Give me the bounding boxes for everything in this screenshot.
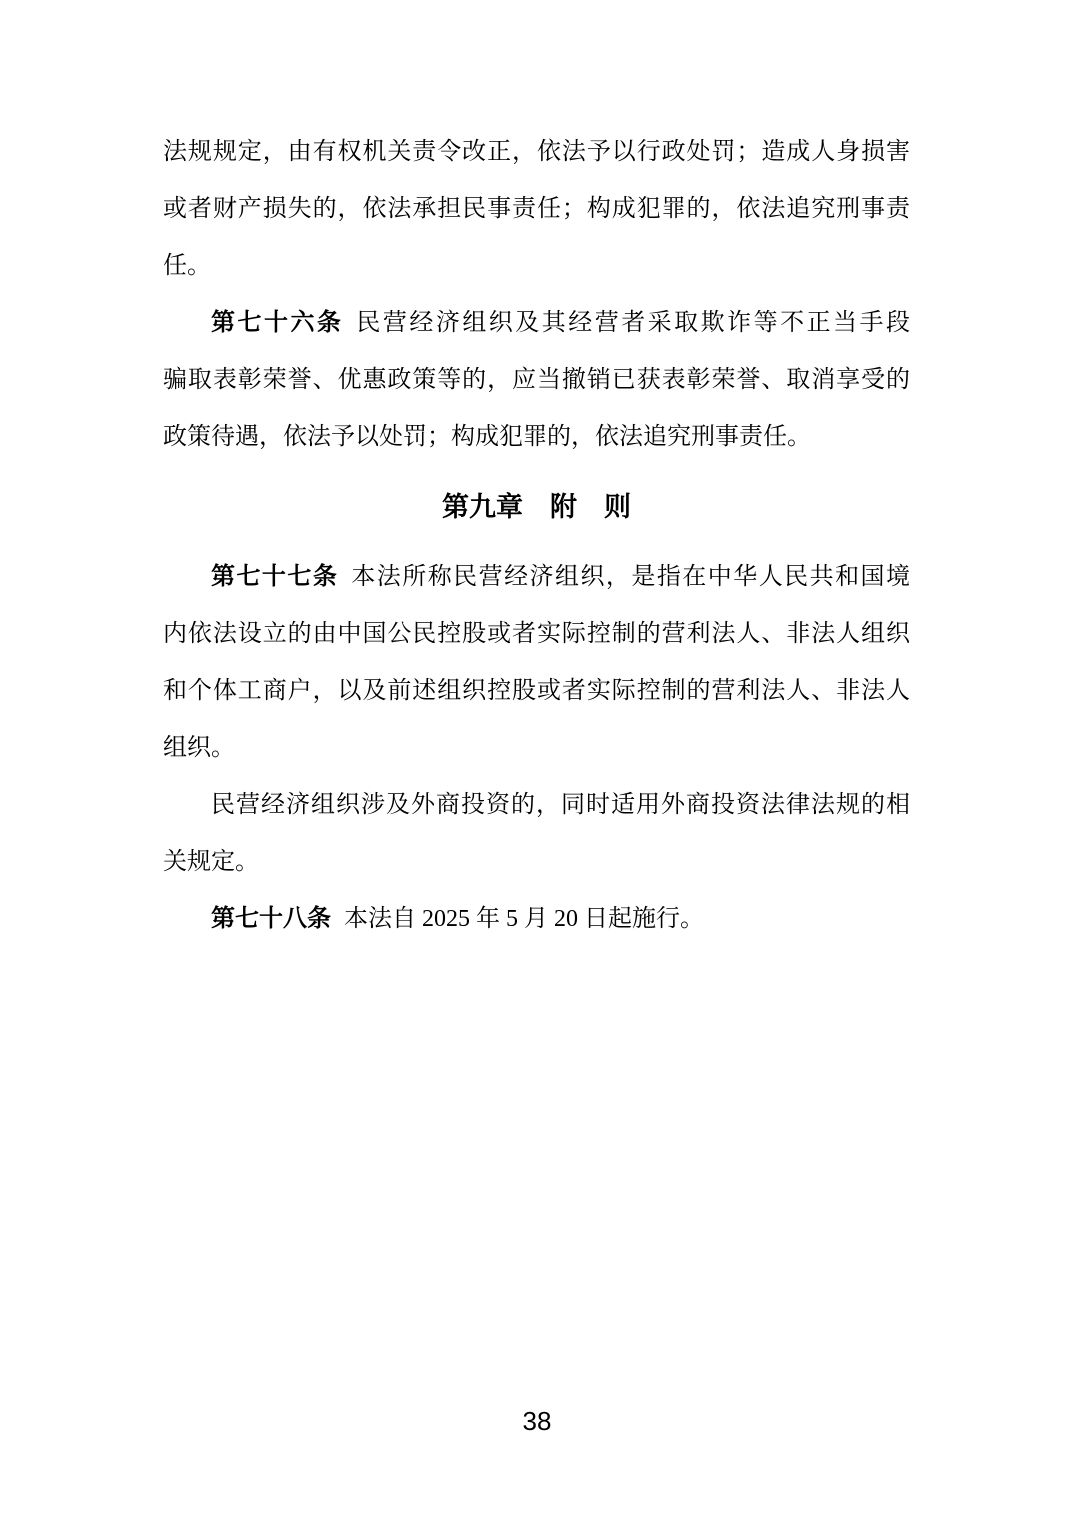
article-text: 本法所称民营经济组织，是指在中华人民共和国境 <box>351 564 910 590</box>
text-line: 第七十八条本法自 2025 年 5 月 20 日起施行。 <box>163 891 910 948</box>
text-line: 组织。 <box>163 720 910 777</box>
page-number: 38 <box>523 1406 552 1436</box>
paragraph-article-76: 第七十六条民营经济组织及其经营者采取欺诈等不正当手段 骗取表彰荣誉、优惠政策等的… <box>163 295 910 466</box>
text-line: 第七十六条民营经济组织及其经营者采取欺诈等不正当手段 <box>163 295 910 352</box>
article-text: 本法自 2025 年 5 月 20 日起施行。 <box>344 906 704 932</box>
text-line: 第七十七条本法所称民营经济组织，是指在中华人民共和国境 <box>163 549 910 606</box>
paragraph: 民营经济组织涉及外商投资的，同时适用外商投资法律法规的相 关规定。 <box>163 777 910 891</box>
document-page: 法规规定，由有权机关责令改正，依法予以行政处罚；造成人身损害 或者财产损失的，依… <box>0 0 1074 1520</box>
text-line: 民营经济组织涉及外商投资的，同时适用外商投资法律法规的相 <box>163 777 910 834</box>
text-line: 任。 <box>163 238 910 295</box>
text-line: 政策待遇，依法予以处罚；构成犯罪的，依法追究刑事责任。 <box>163 409 910 466</box>
article-text: 民营经济组织及其经营者采取欺诈等不正当手段 <box>356 310 910 336</box>
text-line: 法规规定，由有权机关责令改正，依法予以行政处罚；造成人身损害 <box>163 124 910 181</box>
article-number: 第七十六条 <box>211 310 343 336</box>
text-line: 骗取表彰荣誉、优惠政策等的，应当撤销已获表彰荣誉、取消享受的 <box>163 352 910 409</box>
article-number: 第七十七条 <box>211 564 338 590</box>
page-footer: 38 <box>0 1406 1074 1436</box>
paragraph-article-78: 第七十八条本法自 2025 年 5 月 20 日起施行。 <box>163 891 910 948</box>
article-number: 第七十八条 <box>211 906 331 932</box>
text-line: 关规定。 <box>163 834 910 891</box>
text-line: 内依法设立的由中国公民控股或者实际控制的营利法人、非法人组织 <box>163 606 910 663</box>
paragraph: 法规规定，由有权机关责令改正，依法予以行政处罚；造成人身损害 或者财产损失的，依… <box>163 124 910 295</box>
document-body: 法规规定，由有权机关责令改正，依法予以行政处罚；造成人身损害 或者财产损失的，依… <box>163 124 910 948</box>
text-line: 和个体工商户，以及前述组织控股或者实际控制的营利法人、非法人 <box>163 663 910 720</box>
chapter-heading: 第九章 附 则 <box>163 479 910 536</box>
paragraph-article-77: 第七十七条本法所称民营经济组织，是指在中华人民共和国境 内依法设立的由中国公民控… <box>163 549 910 777</box>
text-line: 或者财产损失的，依法承担民事责任；构成犯罪的，依法追究刑事责 <box>163 181 910 238</box>
